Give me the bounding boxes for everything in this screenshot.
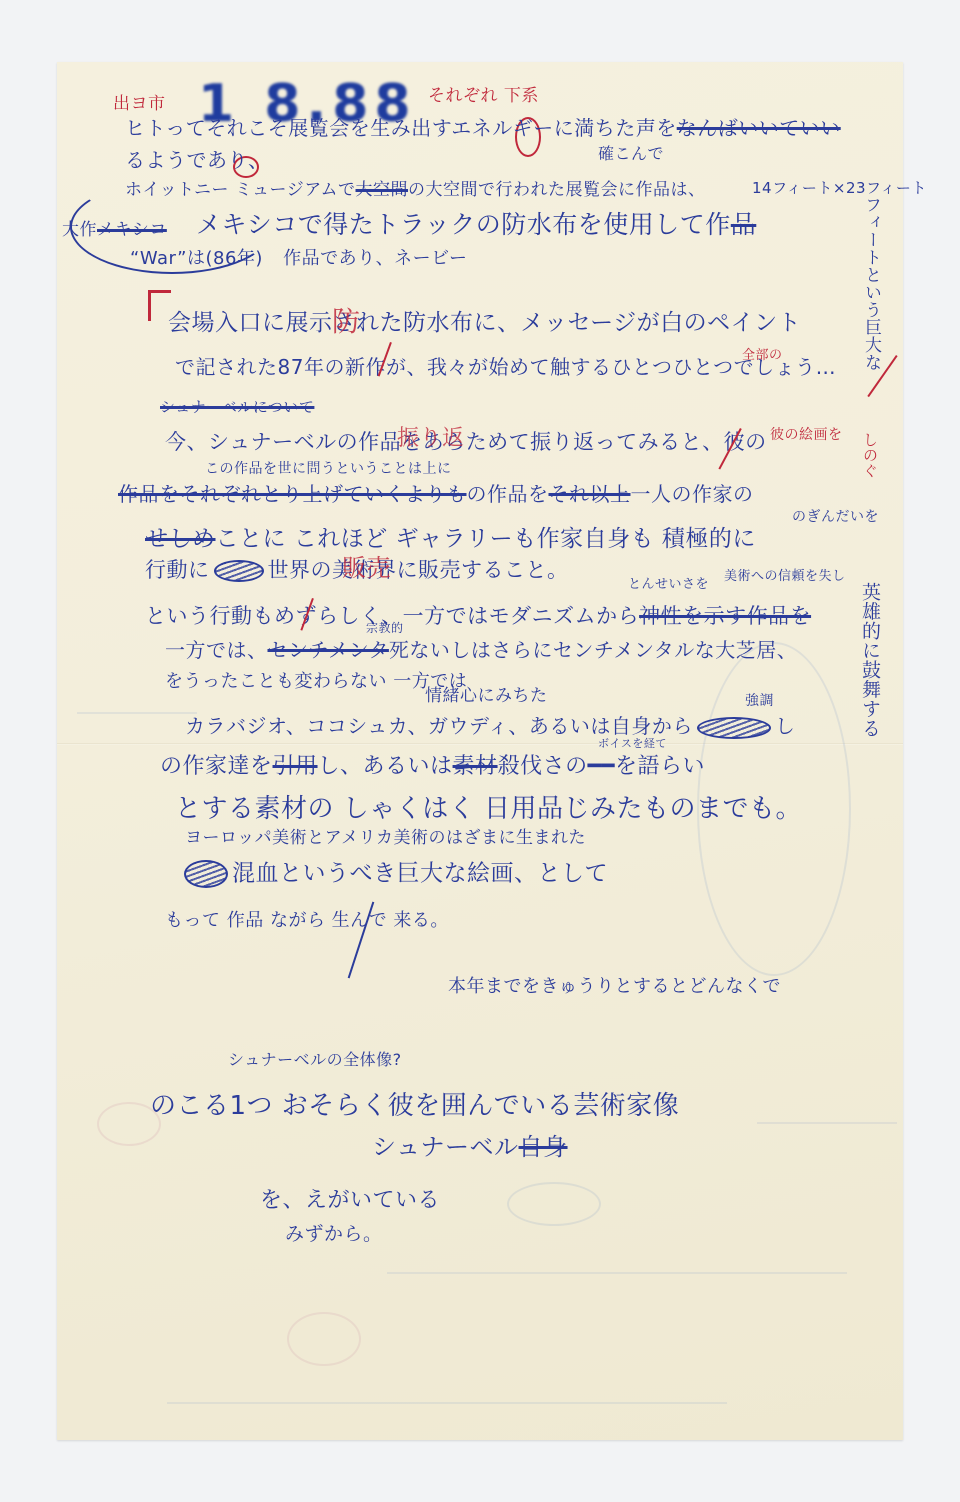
text-line: みずから。 bbox=[285, 1225, 383, 1244]
text-line: 今、シュナーベルの作品をあらためて振り返ってみると、彼の bbox=[165, 432, 767, 453]
red-correction: 振り返 bbox=[397, 428, 465, 450]
text-line: を、えがいている bbox=[260, 1190, 440, 1212]
red-note-his-paintings: 彼の絵画を bbox=[770, 428, 843, 442]
line-text: 会場入口に展示された防水布に、メッセージが白のペイント bbox=[168, 310, 801, 336]
text-line: で記された87年の新作が、我々が始めて触するひとつひとつでしょう… bbox=[175, 357, 836, 377]
text-line: るようであり、 bbox=[125, 150, 269, 170]
line-text: ひとつひとつでしょう… bbox=[611, 355, 836, 379]
line-text: 本年までをきゅうりとするとどんなくで bbox=[448, 976, 781, 997]
struck-text: それ以上 bbox=[549, 482, 631, 506]
line-text: みずから。 bbox=[285, 1223, 383, 1245]
red-note-top-left: 出ヨ市 bbox=[113, 96, 166, 113]
text-line: “War”は(86年) 作品であり、ネービー bbox=[130, 250, 467, 268]
red-vertical-note: しのぐ bbox=[862, 432, 877, 479]
line-text: 一方では、 bbox=[165, 638, 268, 662]
text-line: カラバジオ、ココシュカ、ガウディ、あるいは自身からし bbox=[185, 716, 795, 739]
line-text: 死ないしはさらにセンチメンタルな大芝居、 bbox=[389, 638, 797, 662]
bleed-through-line bbox=[757, 1122, 897, 1124]
text-line: せしめことに これほど ギャラリーも作家自身も 積極的に bbox=[145, 528, 756, 551]
text-line: シュナーベル自身 bbox=[372, 1135, 568, 1159]
scribble-mark bbox=[697, 717, 771, 739]
text-line: ヨーロッパ美術とアメリカ美術のはざまに生まれた bbox=[185, 830, 586, 847]
text-line: ヒトってそれこそ展覧会を生み出すエネルギーに満ちた声をなんばいいていい bbox=[125, 118, 841, 138]
line-text: 一人の作家の bbox=[631, 482, 754, 506]
text-line: 情緒心にみちた bbox=[425, 688, 548, 705]
small-note: 美術への信頼を失し bbox=[724, 570, 846, 583]
text-line: をうったことも変わらない 一方では bbox=[165, 673, 467, 691]
text-line: という行動もめずらしく、一方ではモダニズムから神性を示す作品を bbox=[145, 606, 811, 627]
line-text: で記された87年の新作が、我々が始めて触する bbox=[175, 355, 611, 379]
struck-text: 素材 bbox=[453, 754, 498, 779]
vertical-note: 英雄的に鼓舞する bbox=[860, 582, 879, 738]
text-line: とする素材の しゃくはく 日用品じみたものまでも。 bbox=[175, 796, 802, 822]
small-note: のぎんだいを bbox=[792, 510, 879, 524]
red-correction: 防 bbox=[332, 308, 361, 336]
red-note-all-parts: 全部の bbox=[742, 349, 783, 362]
struck-text: 作品をそれぞれとり上げていくよりも bbox=[118, 482, 467, 506]
line-text: ヨーロッパ美術とアメリカ美術のはざまに生まれた bbox=[185, 828, 586, 848]
small-note: ボイスを経て bbox=[598, 738, 667, 749]
text-line: 混血というべき巨大な絵画、として bbox=[180, 860, 608, 888]
struck-text: 引用 bbox=[273, 754, 318, 779]
text-line: の作家達を引用し、あるいは素材殺伐さの━━を語らい bbox=[160, 756, 705, 778]
line-text: とする素材の しゃくはく 日用品じみたものまでも。 bbox=[175, 794, 802, 824]
text-line: シュナーベルについて bbox=[160, 400, 314, 415]
line-text: し bbox=[775, 714, 796, 738]
struck-text: 自身 bbox=[519, 1133, 568, 1161]
line-text: を、えがいている bbox=[260, 1188, 440, 1213]
line-text: カラバジオ、ココシュカ、ガウディ、あるいは自身から bbox=[185, 714, 693, 738]
line-text: 作品であり、ネービー bbox=[283, 248, 467, 269]
line-text: 世界の美術界に販売すること。 bbox=[268, 558, 569, 582]
text-line: 会場入口に展示された防水布に、メッセージが白のペイント bbox=[168, 312, 801, 335]
line-text: し、あるいは bbox=[318, 754, 453, 779]
text-line: シュナーベルの全体像? bbox=[228, 1052, 402, 1068]
small-note: 強調 bbox=[745, 694, 774, 708]
line-text: 今、シュナーベルの作品をあらためて振り返ってみると、彼の bbox=[165, 430, 767, 454]
line-text: 情緒心にみちた bbox=[425, 686, 548, 706]
line-text: のこる1つ おそらく彼を囲んでいる芸術家像 bbox=[150, 1091, 679, 1121]
bleed-through-mark bbox=[287, 1312, 361, 1366]
struck-text: 大空間 bbox=[356, 180, 409, 200]
struck-text: 神性を示す作品を bbox=[639, 604, 811, 628]
line-text: もって 作品 ながら 生んで 来る。 bbox=[165, 910, 449, 931]
vertical-note: フィートという巨大な bbox=[862, 196, 879, 371]
line-text: “War”は(86年) bbox=[130, 248, 263, 269]
line-text: シュナーベルの全体像? bbox=[228, 1050, 402, 1069]
line-text: るようであり、 bbox=[125, 148, 269, 172]
struck-text: 品 bbox=[731, 210, 757, 239]
small-note: とんせいさを bbox=[628, 578, 709, 591]
line-text: ことに これほど ギャラリーも作家自身も 積極的に bbox=[216, 526, 756, 552]
line-text: シュナーベル bbox=[372, 1133, 519, 1161]
scribble-mark bbox=[184, 860, 228, 888]
line-text: の作品を bbox=[467, 482, 549, 506]
red-correction: 販売 bbox=[342, 556, 391, 580]
bleed-through-mark bbox=[507, 1182, 601, 1226]
line-text: の作家達を bbox=[160, 754, 273, 779]
bleed-through-line bbox=[77, 712, 197, 714]
dimensions-note: 14フィート×23フィート bbox=[752, 181, 927, 196]
small-note: 確こんで bbox=[598, 146, 664, 162]
bleed-through-line bbox=[387, 1272, 847, 1274]
text-line: 本年までをきゅうりとするとどんなくで bbox=[448, 978, 781, 996]
text-line: 作品をそれぞれとり上げていくよりもの作品をそれ以上一人の作家の bbox=[118, 484, 754, 504]
bleed-through-line bbox=[167, 1402, 727, 1404]
line-text: ヒトってそれこそ展覧会を生み出すエネルギーに満ちた声を bbox=[125, 116, 677, 140]
struck-text: なんばいいていい bbox=[677, 116, 841, 140]
text-line: メキシコで得たトラックの防水布を使用して作品 bbox=[196, 212, 756, 237]
struck-text: センチメンタ bbox=[268, 638, 389, 662]
scribble-mark bbox=[214, 560, 264, 582]
small-note: 宗教的 bbox=[366, 622, 404, 634]
text-line: のこる1つ おそらく彼を囲んでいる芸術家像 bbox=[150, 1093, 679, 1119]
line-text: 混血というべき巨大な絵画、として bbox=[232, 861, 608, 887]
text-line: 一方では、センチメンタ死ないしはさらにセンチメンタルな大芝居、 bbox=[165, 640, 797, 660]
line-text: 殺伐さの━━を語らい bbox=[498, 754, 706, 779]
struck-text: シュナーベルについて bbox=[160, 398, 314, 416]
text-line: もって 作品 ながら 生んで 来る。 bbox=[165, 912, 449, 930]
line-text: この作品を世に問うということは上に bbox=[205, 461, 452, 477]
struck-text: せしめ bbox=[145, 526, 216, 552]
line-text: をうったことも変わらない 一方では bbox=[165, 671, 467, 692]
line-text: 行動に bbox=[145, 558, 210, 582]
line-text: メキシコで得たトラックの防水布を使用して作 bbox=[196, 210, 731, 239]
red-note-top-center: それぞれ 下系 bbox=[428, 88, 539, 105]
text-line: この作品を世に問うということは上に bbox=[205, 462, 452, 476]
line-text: の大空間で行われた展覧会に作品は、 bbox=[408, 180, 706, 200]
